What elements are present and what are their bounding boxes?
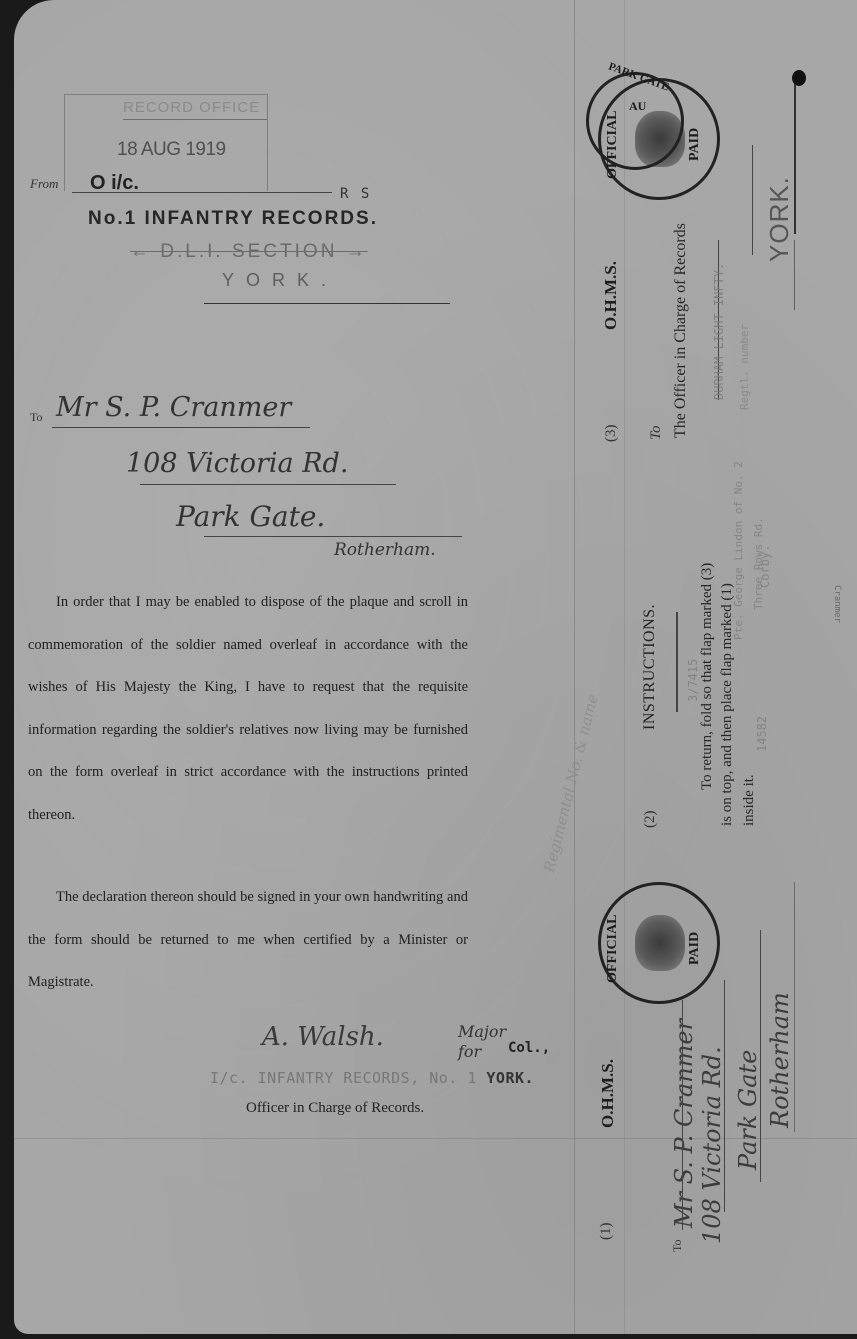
records-stamp: I/c. INFANTRY RECORDS, No. 1 YORK. xyxy=(210,1069,534,1087)
overprint-name: Pte. George Lindon of No. 2 xyxy=(732,461,745,640)
flap-1-recipient-name: Mr S. P. Cranmer xyxy=(670,1019,698,1228)
instructions-line-1: To return, fold so that flap marked (3) xyxy=(698,563,717,790)
official-paid-postmark-flap-1: OFFICIAL PAID xyxy=(598,882,720,1004)
recipient-address-line-3: Rotherham. xyxy=(334,540,436,560)
flap-2-number: (2) xyxy=(642,811,659,829)
stamp-header: RECORD OFFICE xyxy=(123,99,260,116)
from-trailing-stamp: R S xyxy=(340,186,371,202)
flap-3-ohms: O.H.M.S. xyxy=(601,261,621,330)
body-paragraph-1: In order that I may be enabled to dispos… xyxy=(28,581,468,836)
overprint-number: 14582 xyxy=(755,716,769,752)
overprint-service-no: 3/7415 xyxy=(686,659,700,702)
fold-line xyxy=(574,0,575,1334)
overprint-town: Corby. xyxy=(758,545,772,588)
flap-1-number: (1) xyxy=(598,1223,615,1241)
park-gate-postmark: PARK GATE AU xyxy=(586,72,684,170)
instructions-title: INSTRUCTIONS. xyxy=(641,604,659,730)
flap-1-address-line-3: Rotherham xyxy=(766,992,794,1128)
flap-3-faint-text: Regtl. number xyxy=(738,324,751,410)
signature-rank: Major xyxy=(458,1022,506,1041)
edge-note: Cranmer xyxy=(832,585,842,623)
signature-for: for xyxy=(458,1042,481,1061)
flap-3-to-label: To xyxy=(648,426,665,440)
fold-line xyxy=(14,1138,857,1139)
officer-title: Officer in Charge of Records. xyxy=(246,1100,424,1117)
instructions-line-3: inside it. xyxy=(740,774,759,826)
flap-3-number: (3) xyxy=(603,425,620,443)
from-divider xyxy=(204,303,450,304)
from-label: From xyxy=(30,176,58,192)
from-handwritten: O i/c. xyxy=(90,172,139,195)
flap-3-addressee: The Officer in Charge of Records xyxy=(672,223,690,438)
body-paragraph-2: The declaration thereon should be signed… xyxy=(28,876,468,1004)
flap-1-to-label: To xyxy=(670,1240,685,1253)
recipient-address-line-2: Park Gate. xyxy=(176,500,325,533)
flap-1-address-line-2: Park Gate xyxy=(734,1050,762,1170)
unit-stamp-line-2: ← D.L.I. SECTION → xyxy=(130,241,368,263)
stamp-date: 18 AUG 1919 xyxy=(117,139,226,161)
fold-line xyxy=(624,0,625,1334)
unit-stamp-line-1: No.1 INFANTRY RECORDS. xyxy=(88,208,378,230)
unit-stamp-line-3: YORK. xyxy=(222,270,338,291)
signature-col: Col., xyxy=(508,1040,550,1056)
recipient-address-line-1: 108 Victoria Rd. xyxy=(126,448,348,479)
signature: A. Walsh. xyxy=(262,1022,384,1052)
to-label: To xyxy=(30,410,43,425)
flap-3-york-stamp: YORK. xyxy=(764,176,795,262)
flap-3-regiment-stamp: DURHAM LIGHT INFTY. xyxy=(712,263,726,400)
flap-1-ohms: O.H.M.S. xyxy=(598,1059,618,1128)
recipient-name: Mr S. P. Cranmer xyxy=(56,392,291,423)
flap-1-address-line-1: 108 Victoria Rd. xyxy=(698,1046,726,1244)
crown-icon xyxy=(635,915,685,971)
